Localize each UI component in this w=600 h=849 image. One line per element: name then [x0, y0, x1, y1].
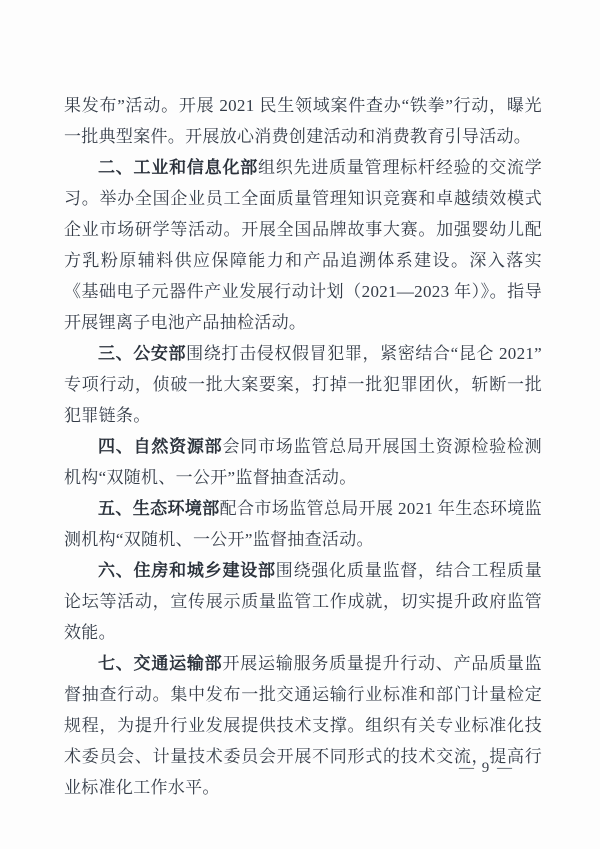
paragraph-item-2: 二、工业和信息化部组织先进质量管理标杆经验的交流学习。举办全国企业员工全面质量管…: [64, 152, 542, 338]
document-page: 果发布”活动。开展 2021 民生领域案件查办“铁拳”行动，曝光一批典型案件。开…: [0, 0, 600, 849]
paragraph-lead: 二、工业和信息化部: [98, 158, 258, 177]
paragraph-lead: 三、公安部: [98, 344, 186, 363]
paragraph-item-4: 四、自然资源部会同市场监管总局开展国土资源检验检测机构“双随机、一公开”监督抽查…: [64, 431, 542, 493]
document-body: 果发布”活动。开展 2021 民生领域案件查办“铁拳”行动，曝光一批典型案件。开…: [64, 90, 542, 803]
paragraph-item-7: 七、交通运输部开展运输服务质量提升行动、产品质量监督抽查行动。集中发布一批交通运…: [64, 648, 542, 803]
paragraph-text: 果发布”活动。开展 2021 民生领域案件查办“铁拳”行动，曝光一批典型案件。开…: [64, 96, 542, 146]
paragraph-continuation: 果发布”活动。开展 2021 民生领域案件查办“铁拳”行动，曝光一批典型案件。开…: [64, 90, 542, 152]
paragraph-item-3: 三、公安部围绕打击侵权假冒犯罪，紧密结合“昆仑 2021”专项行动，侦破一批大案…: [64, 338, 542, 431]
paragraph-item-6: 六、住房和城乡建设部围绕强化质量监督，结合工程质量论坛等活动，宣传展示质量监管工…: [64, 555, 542, 648]
paragraph-lead: 四、自然资源部: [98, 437, 222, 456]
paragraph-lead: 六、住房和城乡建设部: [98, 561, 276, 580]
paragraph-lead: 五、生态环境部: [98, 499, 220, 518]
paragraph-item-5: 五、生态环境部配合市场监管总局开展 2021 年生态环境监测机构“双随机、一公开…: [64, 493, 542, 555]
page-number: — 9 —: [459, 760, 514, 777]
paragraph-text: 组织先进质量管理标杆经验的交流学习。举办全国企业员工全面质量管理知识竞赛和卓越绩…: [64, 158, 542, 332]
paragraph-lead: 七、交通运输部: [98, 654, 222, 673]
